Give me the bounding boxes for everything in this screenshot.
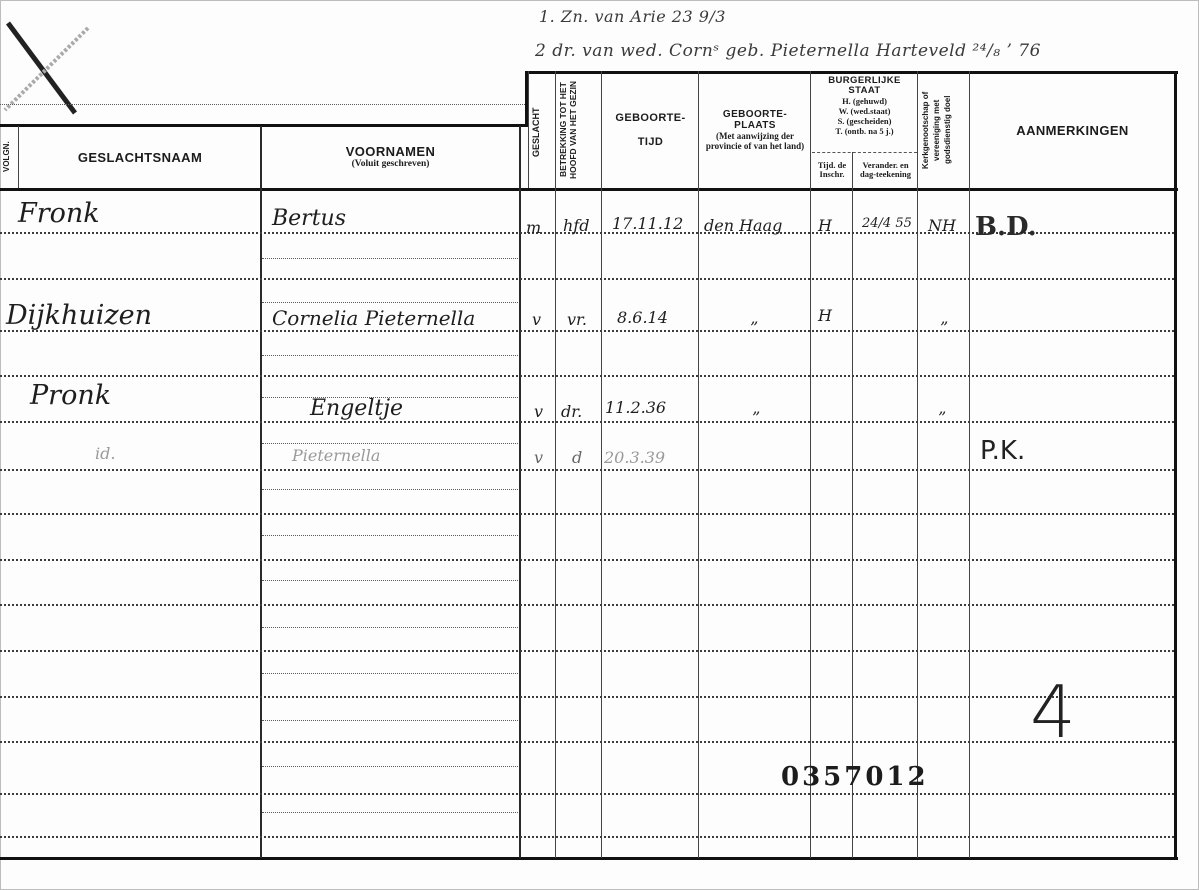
col-divider xyxy=(260,126,262,858)
header-geslachtsnaam: GESLACHTSNAAM xyxy=(20,126,260,188)
row-1-relation: hfd xyxy=(563,216,589,235)
header-bottom-border xyxy=(0,188,1178,191)
row-rule xyxy=(0,375,1174,377)
row-4-given-names: Pieternella xyxy=(292,446,380,465)
note-line-1: 1. Zn. van Arie 23 9/3 xyxy=(535,4,1175,30)
row-2-surname: Dijkhuizen xyxy=(6,300,152,331)
col-divider xyxy=(519,126,521,858)
row-rule xyxy=(0,793,1174,795)
row-1-sex: m xyxy=(526,218,541,237)
col-divider xyxy=(601,71,602,858)
header-burgerlijke-staat: BURGERLIJKE STAAT H. (gehuwd) W. (wed.st… xyxy=(812,74,917,152)
row-2-relation: vr. xyxy=(567,310,587,329)
row-4-surname: id. xyxy=(95,444,115,463)
row-3-birth-date: 11.2.36 xyxy=(605,398,666,417)
row-rule xyxy=(0,278,1174,280)
col-divider xyxy=(698,71,699,858)
row-rule xyxy=(262,766,518,767)
row-2-religion: ” xyxy=(940,318,948,337)
row-2-sex: v xyxy=(532,310,541,329)
row-1-remark-stamp: B.D. xyxy=(975,212,1037,242)
row-rule xyxy=(262,720,518,721)
header-betrekking: BETREKKING TOT HET HOOFD VAN HET GEZIN xyxy=(558,74,600,186)
row-rule xyxy=(262,258,518,259)
header-aanmerkingen: AANMERKINGEN xyxy=(971,74,1174,186)
row-1-surname: Fronk xyxy=(18,198,100,229)
row-4-remark: P.K. xyxy=(980,436,1025,466)
col-divider xyxy=(528,71,529,188)
header-volgnummer: VOLGN. xyxy=(2,128,16,186)
row-2-birth-date: 8.6.14 xyxy=(617,308,668,327)
table-bottom-border xyxy=(0,857,1178,860)
row-1-change-date: 24/4 55 xyxy=(862,216,912,231)
row-4-sex: v xyxy=(534,448,543,467)
row-2-civil-status: H xyxy=(818,306,832,325)
rule xyxy=(0,104,525,105)
row-3-sex: v xyxy=(534,402,543,421)
row-2-birth-place: ” xyxy=(750,318,758,337)
col-divider xyxy=(555,71,556,858)
col-divider xyxy=(917,71,918,858)
serial-number-stamp: 0357012 xyxy=(781,762,929,792)
row-3-birth-place: ” xyxy=(752,408,760,427)
row-1-civil-status: H xyxy=(818,216,832,235)
row-rule xyxy=(262,580,518,581)
row-3-surname: Pronk xyxy=(30,380,111,411)
row-rule xyxy=(262,302,518,303)
col-divider xyxy=(810,71,811,858)
handwritten-number: 4 xyxy=(1030,670,1076,754)
header-geboortetijd: GEBOORTE- TIJD xyxy=(603,74,698,186)
cross-mark-icon xyxy=(0,18,90,118)
row-3-religion: ” xyxy=(938,408,946,427)
header-tijd-inschrijving: Tijd. de Inschr. xyxy=(812,153,852,187)
row-rule xyxy=(262,489,518,490)
row-3-relation: dr. xyxy=(561,402,582,421)
row-4-relation: d xyxy=(572,448,582,467)
col-divider xyxy=(852,152,853,858)
top-notes: 1. Zn. van Arie 23 9/3 2 dr. van wed. Co… xyxy=(535,4,1175,64)
row-rule xyxy=(0,469,1174,471)
col-divider xyxy=(969,71,970,858)
right-border xyxy=(1174,71,1177,860)
row-rule xyxy=(262,812,518,813)
row-4-birth-date: 20.3.39 xyxy=(604,448,665,467)
row-rule xyxy=(0,421,1174,423)
row-1-given-names: Bertus xyxy=(272,206,346,231)
row-rule xyxy=(262,355,518,356)
header-kerkgenootschap: Kerkgenootschap of vereeniging met godsd… xyxy=(920,74,968,186)
row-rule xyxy=(0,696,1174,698)
row-rule xyxy=(0,836,1174,838)
row-rule xyxy=(0,604,1174,606)
row-rule xyxy=(262,443,518,444)
row-3-given-names: Engeltje xyxy=(310,396,403,421)
row-1-birth-date: 17.11.12 xyxy=(612,214,683,233)
row-rule xyxy=(0,559,1174,561)
row-rule xyxy=(0,330,1174,332)
row-rule xyxy=(262,673,518,674)
row-1-birth-place: den Haag xyxy=(704,216,782,235)
note-line-2: 2 dr. van wed. Cornˢ geb. Pieternella Ha… xyxy=(535,38,1175,64)
row-2-given-names: Cornelia Pieternella xyxy=(272,306,475,330)
row-rule xyxy=(0,513,1174,515)
row-rule xyxy=(262,627,518,628)
row-rule xyxy=(262,535,518,536)
header-geslacht: GESLACHT xyxy=(531,78,553,186)
row-rule xyxy=(0,741,1174,743)
col-divider xyxy=(18,126,19,188)
header-verandering: Verander. en dag-teekening xyxy=(854,153,917,187)
header-voornamen: VOORNAMEN (Voluit geschreven) xyxy=(262,126,519,188)
row-rule xyxy=(0,650,1174,652)
header-geboorteplaats: GEBOORTE- PLAATS (Met aanwijzing der pro… xyxy=(700,74,810,186)
row-1-religion: NH xyxy=(928,216,956,235)
